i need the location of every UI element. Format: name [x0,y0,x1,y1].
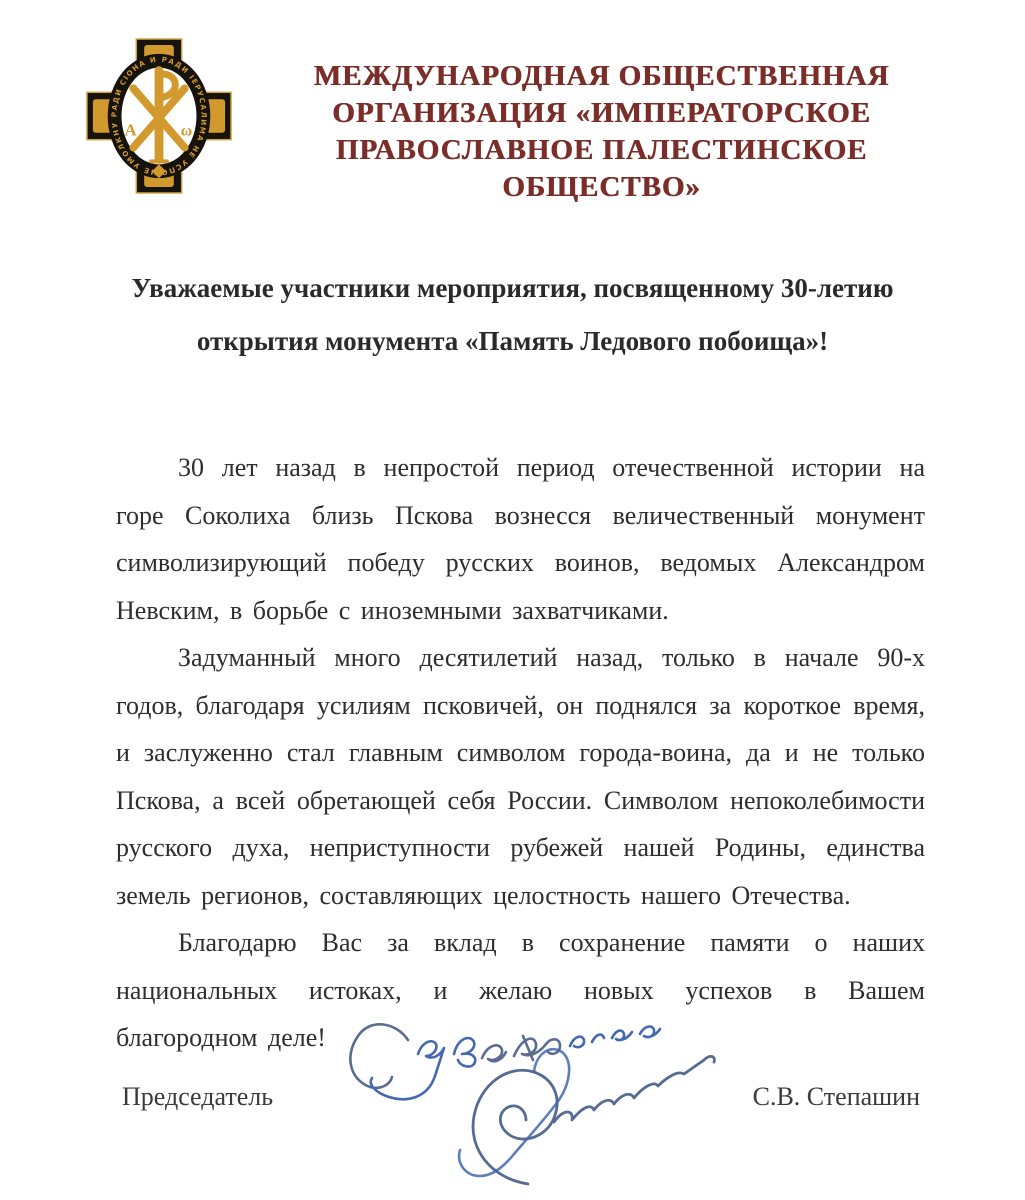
signature-name: С.В. Степашин [753,1082,920,1112]
body-paragraph: 30 лет назад в непростой период отечеств… [116,444,925,634]
omega-letter: ω [181,123,193,140]
org-name-line: ОРГАНИЗАЦИЯ «ИМПЕРАТОРСКОЕ [233,95,970,132]
letter-body: 30 лет назад в непростой период отечеств… [116,444,925,1062]
signature-row: Председатель С.В. Степашин [0,1082,1025,1112]
salutation: Уважаемые участники мероприятия, посвяще… [70,262,955,368]
ippo-emblem: НЕ УМОЛКНУ РАДИ СІОНА И РАДИ ІЕРУСАЛИМА … [85,36,233,196]
body-paragraph: Задуманный много десятилетий назад, толь… [116,634,925,919]
body-paragraph: Благодарю Вас за вклад в сохранение памя… [116,919,925,1062]
letterhead: НЕ УМОЛКНУ РАДИ СІОНА И РАДИ ІЕРУСАЛИМА … [0,0,1025,206]
letter-page: НЕ УМОЛКНУ РАДИ СІОНА И РАДИ ІЕРУСАЛИМА … [0,0,1025,1200]
org-name-line: ПРАВОСЛАВНОЕ ПАЛЕСТИНСКОЕ ОБЩЕСТВО» [233,132,970,206]
salutation-line: открытия монумента «Память Ледового побо… [70,315,955,368]
org-name: МЕЖДУНАРОДНАЯ ОБЩЕСТВЕННАЯ ОРГАНИЗАЦИЯ «… [233,58,970,206]
signature-role: Председатель [122,1082,273,1112]
alpha-letter: А [124,121,136,140]
org-name-line: МЕЖДУНАРОДНАЯ ОБЩЕСТВЕННАЯ [233,58,970,95]
salutation-line: Уважаемые участники мероприятия, посвяще… [70,262,955,315]
